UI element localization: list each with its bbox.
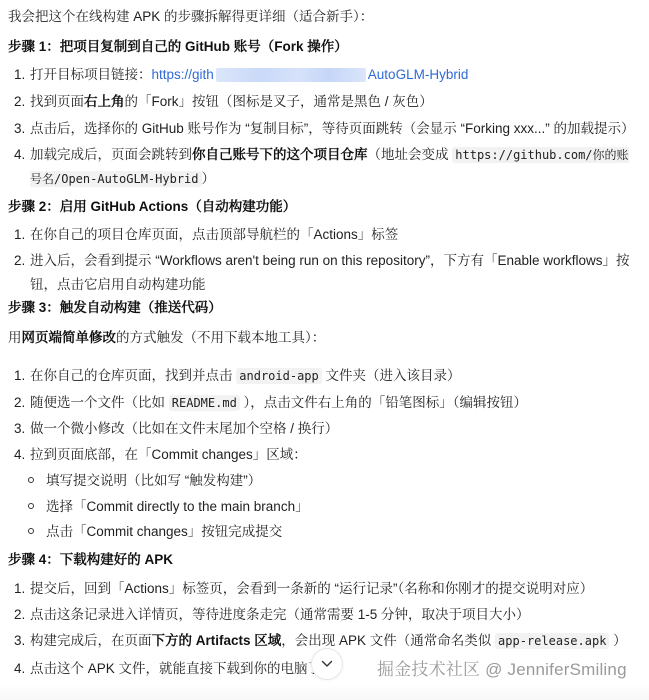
folder-code: android-app [236, 368, 321, 384]
list-item: 4.加载完成后，页面会跳转到你自己账号下的这个项目仓库（地址会变成 https:… [14, 143, 639, 191]
bullet-icon [28, 503, 34, 509]
list-item: 2.点击这条记录进入详情页，等待进度条走完（通常需要 1-5 分钟，取决于项目大… [14, 606, 639, 624]
step1-heading: 步骤 1：把项目复制到自己的 GitHub 账号（Fork 操作） [8, 38, 348, 56]
list-item: 1.提交后，回到「Actions」标签页，会看到一条新的 “运行记录”（名称和你… [14, 580, 639, 598]
step2-heading: 步骤 2：启用 GitHub Actions（自动构建功能） [8, 198, 296, 216]
sub-list-item: 点击「Commit changes」按钮完成提交 [28, 523, 282, 541]
project-link[interactable]: https://githAutoGLM-Hybrid [152, 67, 469, 82]
bullet-icon [28, 477, 34, 483]
list-item: 1.在你自己的项目仓库页面，点击顶部导航栏的「Actions」标签 [14, 226, 639, 244]
list-item: 1.打开目标项目链接：https://githAutoGLM-Hybrid [14, 66, 639, 84]
step4-heading: 步骤 4：下载构建好的 APK [8, 551, 173, 569]
intro-text: 我会把这个在线构建 APK 的步骤拆解得更详细（适合新手）： [8, 8, 373, 26]
list-item: 2.找到页面右上角的「Fork」按钮（图标是叉子，通常是黑色 / 灰色） [14, 93, 639, 111]
bottom-edge [0, 684, 649, 700]
list-item: 3.做一个微小修改（比如在文件末尾加个空格 / 换行） [14, 420, 639, 438]
list-item: 2.随便选一个文件（比如 README.md ），点击文件右上角的「铅笔图标」（… [14, 394, 639, 412]
list-item: 2.进入后，会看到提示 “Workflows aren't being run … [14, 249, 639, 297]
sub-list-item: 填写提交说明（比如写 “触发构建”） [28, 472, 261, 490]
step3-lead: 用网页端简单修改的方式触发（不用下载本地工具）： [8, 329, 325, 347]
apk-filename-code: app-release.apk [495, 633, 609, 649]
list-item: 4.拉到页面底部，在「Commit changes」区域： [14, 446, 639, 464]
step3-heading: 步骤 3：触发自动构建（推送代码） [8, 299, 222, 317]
chevron-down-icon [321, 660, 333, 668]
sub-list-item: 选择「Commit directly to the main branch」 [28, 498, 309, 516]
scroll-to-bottom-button[interactable] [311, 648, 343, 680]
list-item: 1.在你自己的仓库页面，找到并点击 android-app 文件夹（进入该目录） [14, 367, 639, 385]
list-item: 3.点击后，选择你的 GitHub 账号作为 “复制目标”，等待页面跳转（会显示… [14, 120, 639, 138]
file-code: README.md [169, 395, 240, 411]
bullet-icon [28, 528, 34, 534]
redacted-blur [216, 68, 366, 82]
watermark: 掘金技术社区 @ JenniferSmiling [377, 660, 627, 680]
